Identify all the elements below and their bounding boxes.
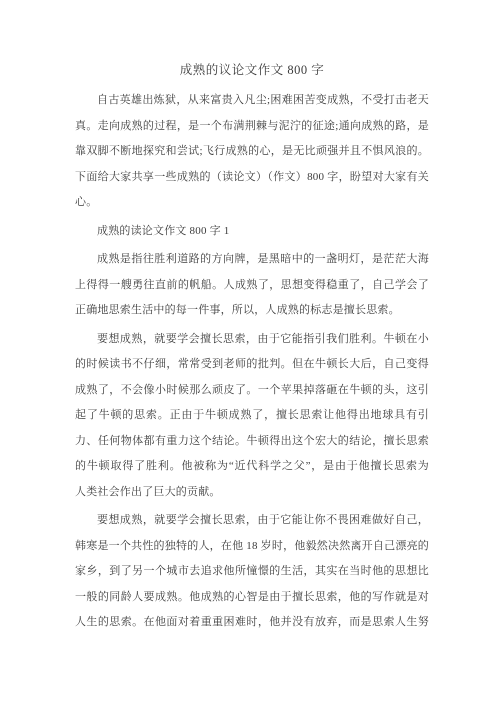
text-line: 韩寒是一个共性的独特的人，在他 18 岁时，他毅然决然离开自己漂亮的 (75, 534, 429, 560)
section-heading-line: 成熟的读论文作文 800 字 1 (75, 219, 429, 245)
document-title: 成熟的议论文作文 800 字 (75, 62, 429, 78)
text-line: 正确地思索生活中的每一件事，所以，人成熟的标志是擅长思索。 (75, 298, 429, 324)
text-line: 人生的思索。在他面对着重重困难时，他并没有放弃，而是思索人生努 (75, 610, 429, 636)
document-body: 自古英雄出炼狱，从来富贵入凡尘;困难困苦变成熟，不受打击老天真。走向成熟的过程，… (75, 88, 429, 636)
text-line: 真。走向成熟的过程，是一个布满荆棘与泥泞的征途;通向成熟的路，是 (75, 114, 429, 140)
paragraph: 自古英雄出炼狱，从来富贵入凡尘;困难困苦变成熟，不受打击老天真。走向成熟的过程，… (75, 88, 429, 216)
text-line: 上得得一艘勇往直前的帆船。人成熟了，思想变得稳重了，自己学会了 (75, 273, 429, 299)
text-line: 自古英雄出炼狱，从来富贵入凡尘;困难困苦变成熟，不受打击老天 (75, 88, 429, 114)
text-line: 心。 (75, 190, 429, 216)
text-line: 人类社会作出了巨大的贡献。 (75, 480, 429, 506)
text-line: 家乡，到了另一个城市去追求他所憧憬的生活，其实在当时他的思想比 (75, 559, 429, 585)
text-line: 靠双脚不断地探究和尝试;飞行成熟的心，是无比顽强并且不惧风浪的。 (75, 139, 429, 165)
text-line: 的牛顿取得了胜利。他被称为“近代科学之父”，是由于他擅长思索为 (75, 454, 429, 480)
text-line: 要想成熟，就要学会擅长思索，由于它能让你不畏困难做好自己， (75, 508, 429, 534)
paragraph: 要想成熟，就要学会擅长思索，由于它能让你不畏困难做好自己，韩寒是一个共性的独特的… (75, 508, 429, 636)
text-line: 的时候读书不仔细，常常受到老师的批判。但在牛顿长大后，自己变得 (75, 352, 429, 378)
text-line: 成熟是指往胜利道路的方向牌，是黑暗中的一盏明灯，是茫茫大海 (75, 247, 429, 273)
paragraph: 要想成熟，就要学会擅长思索，由于它能指引我们胜利。牛顿在小的时候读书不仔细，常常… (75, 327, 429, 506)
section-heading: 成熟的读论文作文 800 字 1 (75, 219, 429, 245)
text-line: 要想成熟，就要学会擅长思索，由于它能指引我们胜利。牛顿在小 (75, 327, 429, 353)
text-line: 一般的同龄人要成熟。他成熟的心智是由于擅长思索，他的写作就是对 (75, 585, 429, 611)
text-line: 力、任何物体都有重力这个结论。牛顿得出这个宏大的结论，擅长思索 (75, 429, 429, 455)
document-page: 成熟的议论文作文 800 字 自古英雄出炼狱，从来富贵入凡尘;困难困苦变成熟，不… (0, 0, 500, 707)
text-line: 下面给大家共享一些成熟的（读论文）（作文）800 字，盼望对大家有关 (75, 165, 429, 191)
text-line: 成熟了，不会像小时候那么顽皮了。一个苹果掉落砸在牛顿的头，这引 (75, 378, 429, 404)
text-line: 起了牛顿的思索。正由于牛顿成熟了，擅长思索让他得出地球具有引 (75, 403, 429, 429)
paragraph: 成熟是指往胜利道路的方向牌，是黑暗中的一盏明灯，是茫茫大海上得得一艘勇往直前的帆… (75, 247, 429, 324)
